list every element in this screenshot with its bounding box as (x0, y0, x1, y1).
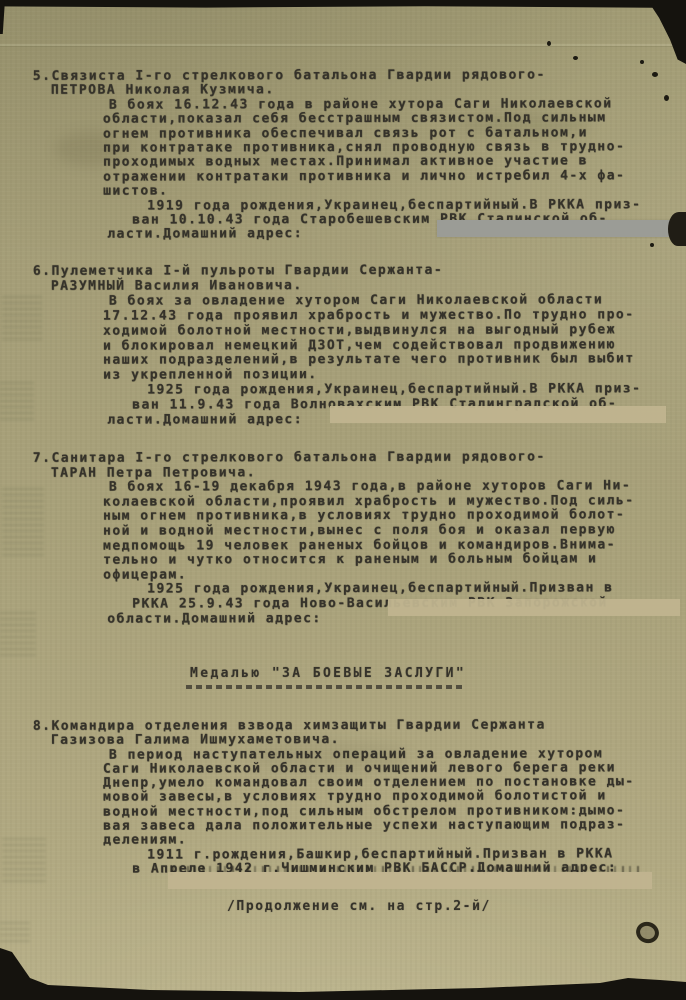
medal-heading-underline (186, 685, 466, 689)
redaction-box (330, 406, 666, 423)
document-line: тельно и чутко относится к раненым и бол… (0, 552, 686, 568)
document-line: вая завеса дала положительные успехи нас… (0, 818, 686, 834)
ink-blotch-right-edge (668, 212, 686, 246)
ink-speck (664, 95, 669, 101)
entry-8: 8.Командира отделения взвода химзащиты Г… (0, 718, 686, 877)
ink-speck (547, 41, 551, 46)
ink-speck (640, 60, 644, 64)
torn-edge-top (0, 0, 686, 8)
ink-blot-ring (633, 919, 661, 946)
document-line: отражении контратаки противника и лично … (0, 169, 686, 185)
redaction-box (437, 220, 686, 237)
continuation-note: /Продолжение см. на стр.2-й/ (227, 899, 491, 914)
torn-edge-top-right (644, 0, 686, 64)
ink-speck (650, 243, 654, 247)
medal-heading: Медалью "ЗА БОЕВЫЕ ЗАСЛУГИ" (190, 666, 466, 681)
torn-edge-left (0, 0, 5, 34)
redaction-box (168, 872, 652, 889)
ink-speck (652, 72, 658, 77)
redaction-box (388, 599, 680, 616)
entry-6: 6.Пулеметчика I-й пульроты Гвардии Сержа… (0, 263, 686, 429)
scanned-document-page: 5.Связиста I-го стрелкового батальона Гв… (0, 0, 686, 1000)
entry-5: 5.Связиста I-го стрелкового батальона Гв… (0, 68, 686, 243)
paper-crease (0, 44, 686, 46)
ink-speck (573, 56, 578, 60)
torn-edge-bottom (0, 940, 686, 1000)
bleed-through-mark (0, 922, 30, 946)
